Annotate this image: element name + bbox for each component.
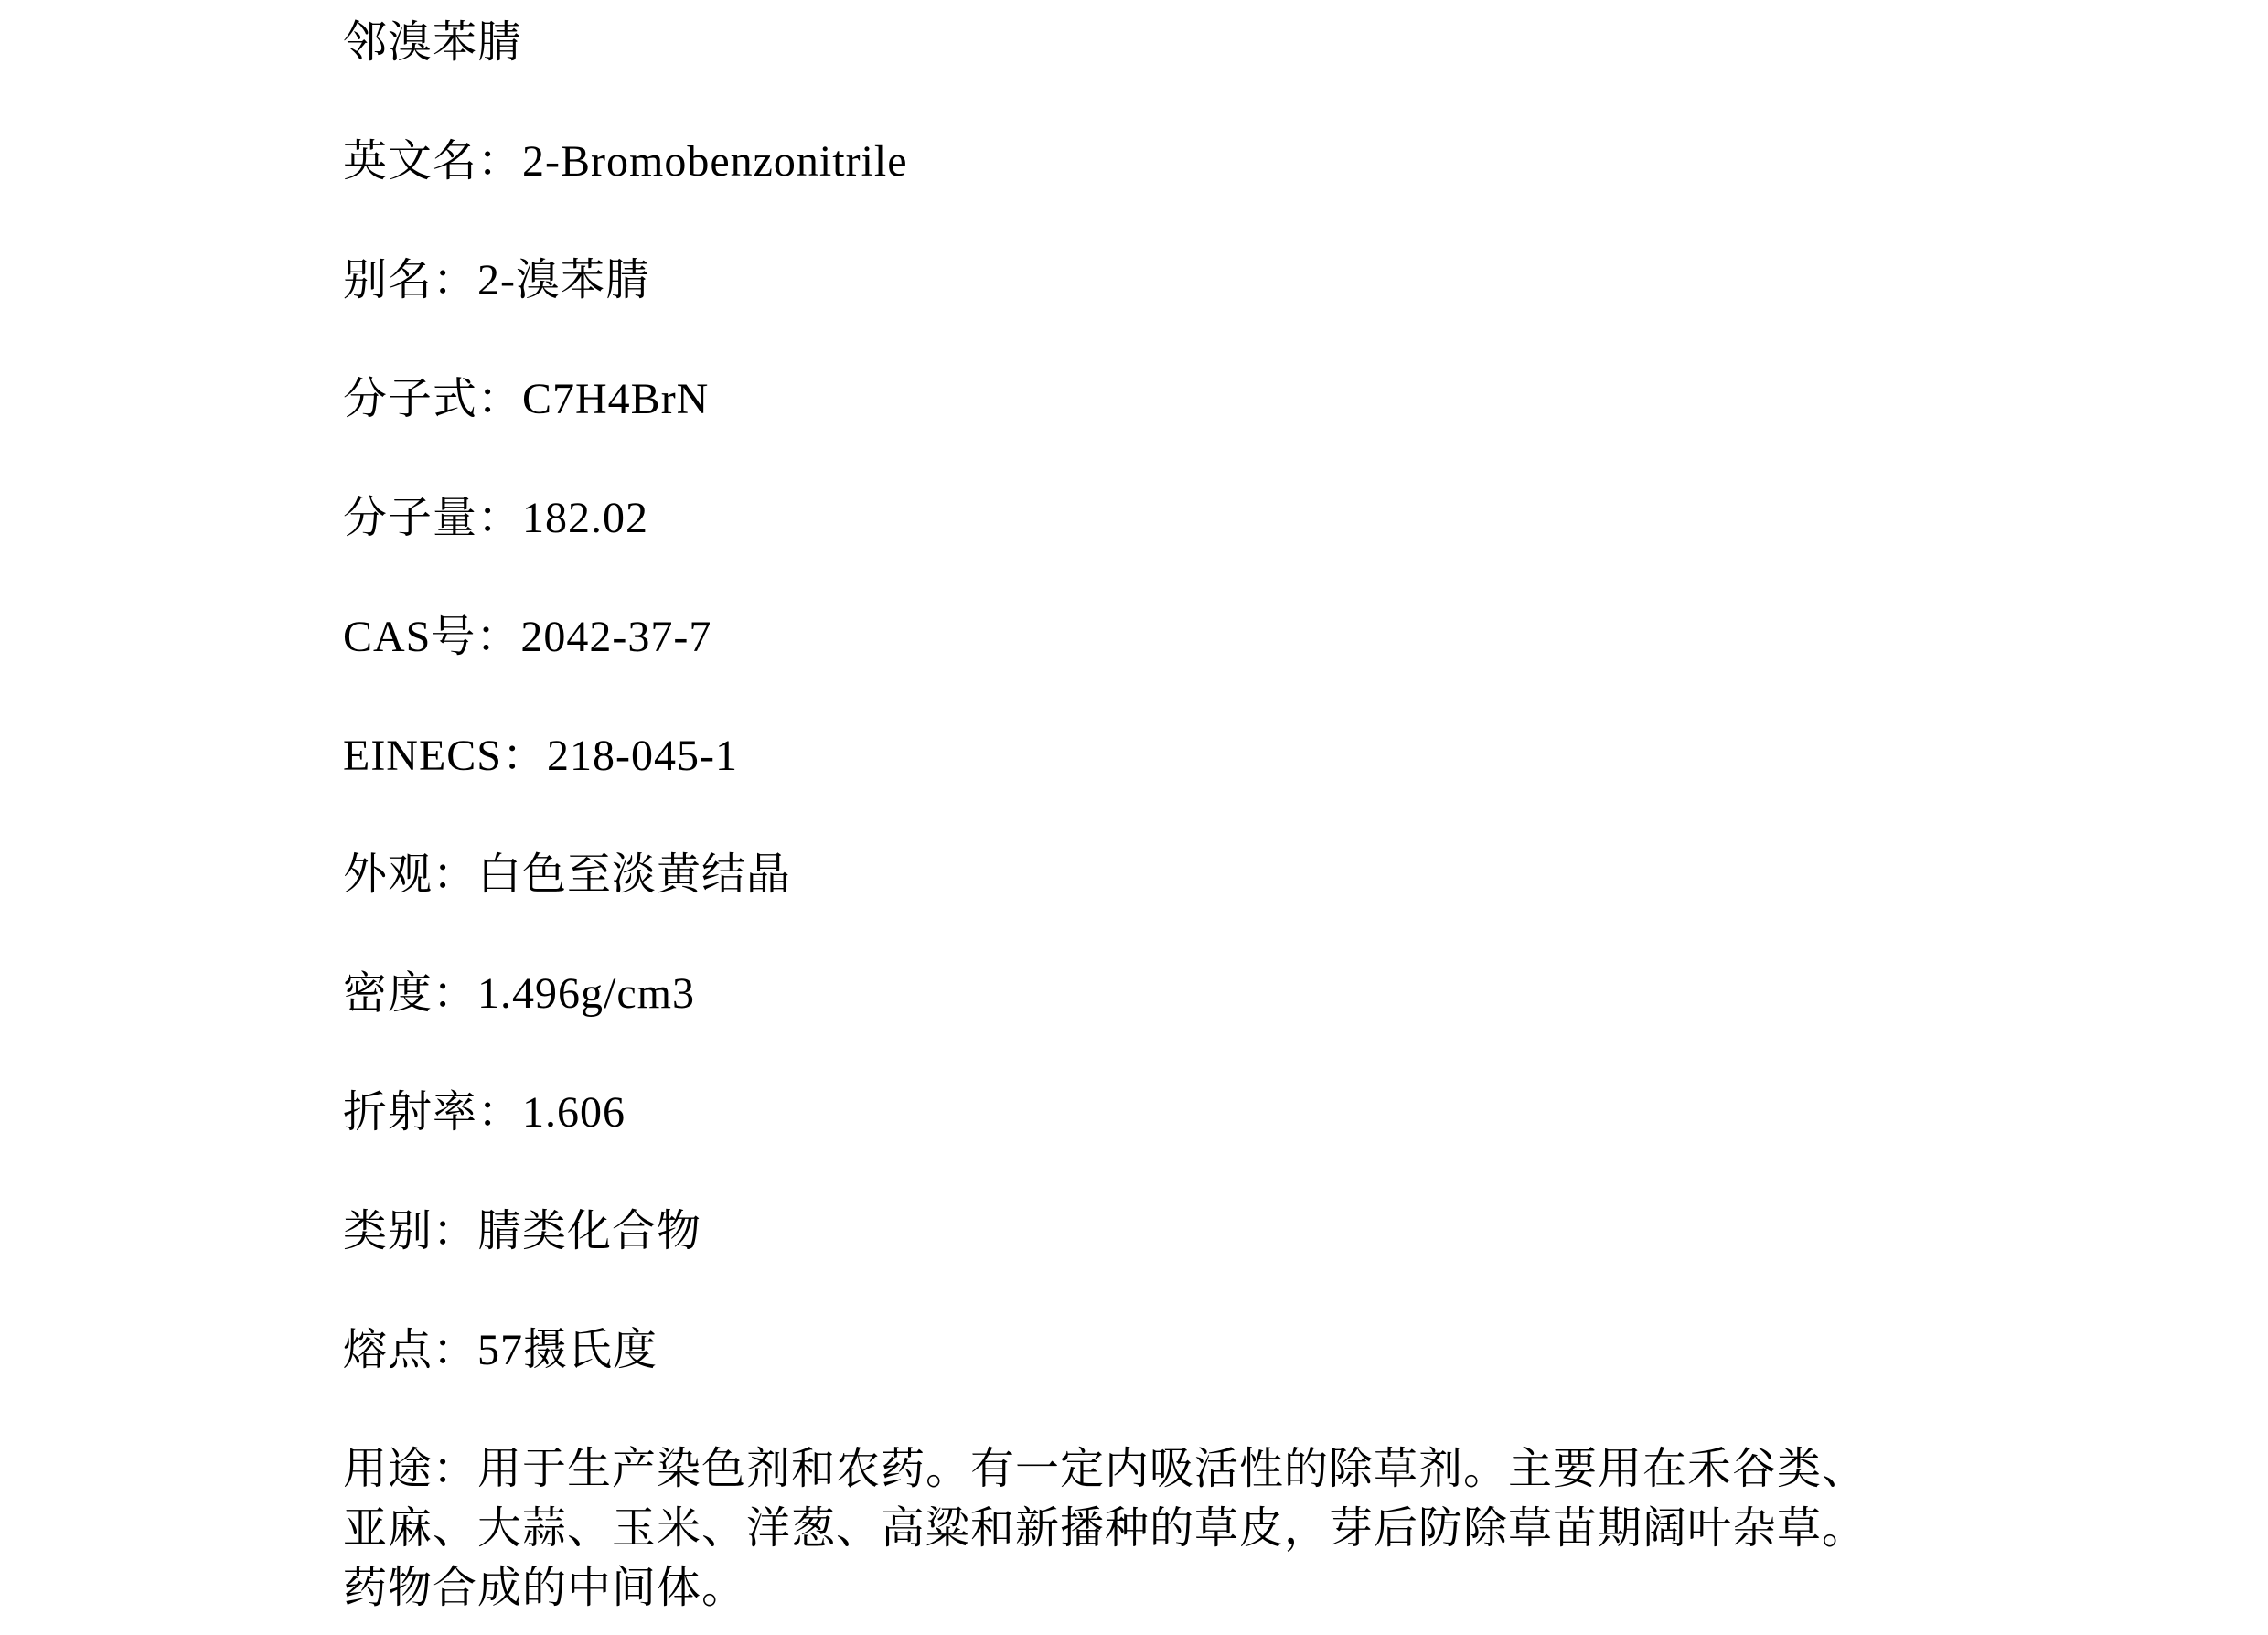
property-refractive-index: 折射率：1.606 xyxy=(343,1083,1952,1142)
page-title: 邻溴苯腈 xyxy=(343,13,1952,72)
property-einecs-number: EINECS：218-045-1 xyxy=(343,726,1952,785)
usage-line-2: 亚麻、大蒜、玉米、洋葱、高粱和新播种的草皮，芽后防除草苗期阔叶杂草。 xyxy=(343,1499,1952,1558)
property-molecular-formula: 分子式：C7H4BrN xyxy=(343,369,1952,429)
usage-line-1: 用途：用于生产染色剂和农药。有一定内吸活性的除草剂。主要用在禾谷类、 xyxy=(343,1439,1952,1499)
document-page: 邻溴苯腈 英文名：2-Bromobenzonitrile 别名：2-溴苯腈 分子… xyxy=(0,0,2268,1635)
property-melting-point: 熔点：57摄氏度 xyxy=(343,1320,1952,1380)
property-english-name: 英文名：2-Bromobenzonitrile xyxy=(343,132,1952,191)
property-density: 密度：1.496g/cm3 xyxy=(343,964,1952,1023)
usage-paragraph: 用途：用于生产染色剂和农药。有一定内吸活性的除草剂。主要用在禾谷类、 亚麻、大蒜… xyxy=(343,1439,1952,1618)
document-content: 邻溴苯腈 英文名：2-Bromobenzonitrile 别名：2-溴苯腈 分子… xyxy=(343,13,1952,1618)
usage-line-3: 药物合成的中间体。 xyxy=(343,1558,1952,1618)
property-molecular-weight: 分子量：182.02 xyxy=(343,488,1952,548)
property-category: 类别：腈类化合物 xyxy=(343,1202,1952,1261)
property-cas-number: CAS号：2042-37-7 xyxy=(343,607,1952,667)
property-appearance: 外观：白色至淡黄结晶 xyxy=(343,845,1952,904)
property-alias: 别名：2-溴苯腈 xyxy=(343,251,1952,310)
